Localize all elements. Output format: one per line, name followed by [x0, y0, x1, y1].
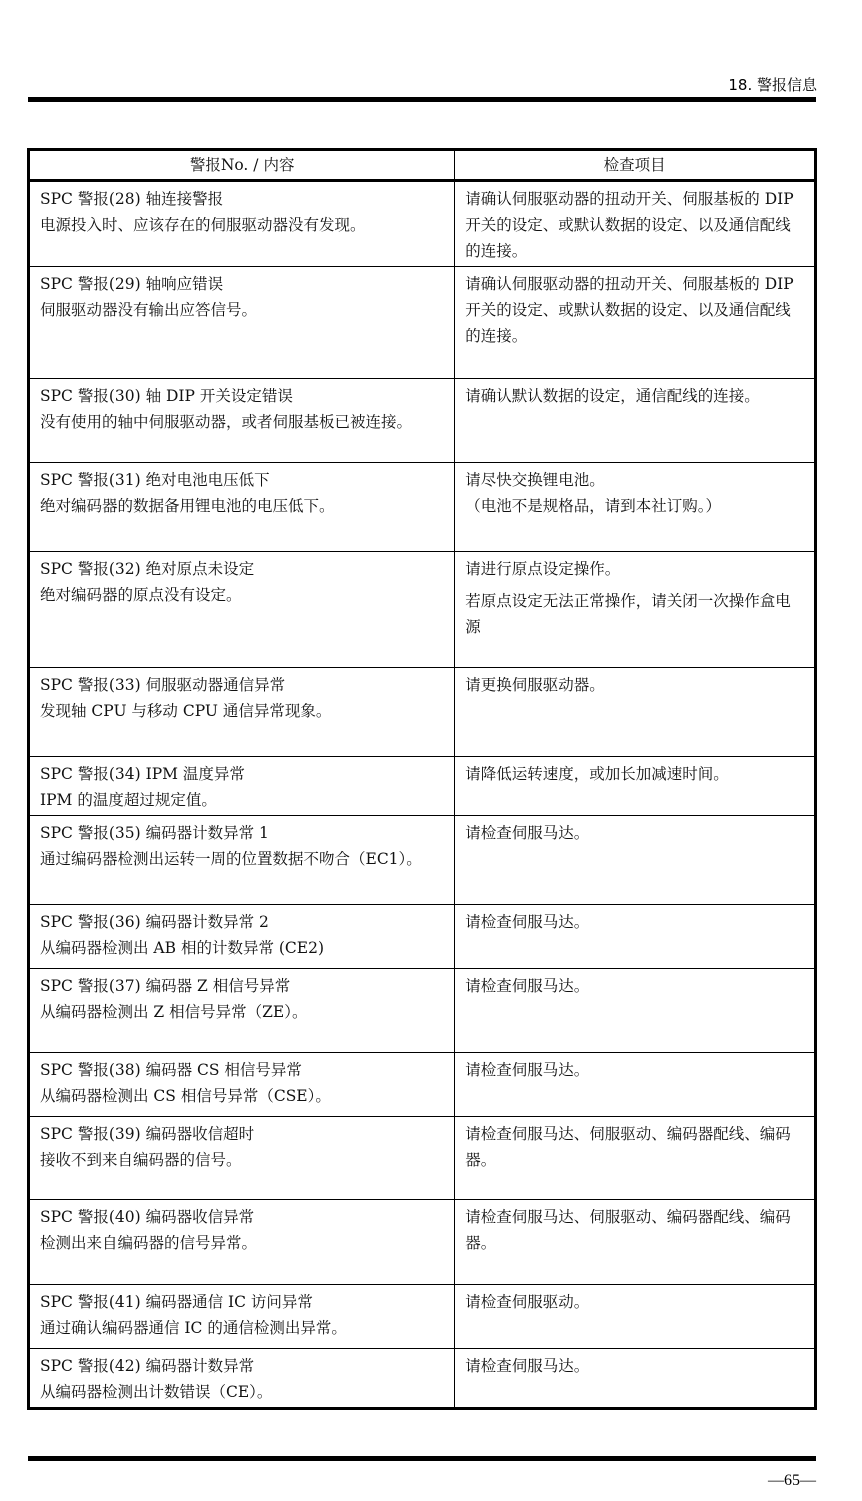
alarm-description: IPM 的温度超过规定值。 [40, 787, 446, 813]
alarm-description: 电源投入时、应该存在的伺服驱动器没有发现。 [40, 212, 446, 238]
check-cell: 请检查伺服马达。 [455, 905, 816, 969]
table-row: SPC 警报(36) 编码器计数异常 2从编码器检测出 AB 相的计数异常 (C… [29, 905, 816, 969]
check-item: 请降低运转速度，或加长加减速时间。 [465, 761, 806, 787]
alarm-description: 通过确认编码器通信 IC 的通信检测出异常。 [40, 1315, 446, 1341]
check-item: 请确认伺服驱动器的扭动开关、伺服基板的 DIP 开关的设定、或默认数据的设定、以… [465, 186, 806, 264]
check-item: 请确认默认数据的设定，通信配线的连接。 [465, 383, 806, 409]
section-title: 18. 警报信息 [728, 74, 817, 95]
alarm-cell: SPC 警报(40) 编码器收信异常检测出来自编码器的信号异常。 [29, 1200, 455, 1285]
alarm-title: SPC 警报(42) 编码器计数异常 [40, 1353, 446, 1379]
alarm-cell: SPC 警报(34) IPM 温度异常IPM 的温度超过规定值。 [29, 757, 455, 816]
check-item: 请检查伺服马达。 [465, 1353, 806, 1379]
alarm-cell: SPC 警报(41) 编码器通信 IC 访问异常通过确认编码器通信 IC 的通信… [29, 1285, 455, 1349]
table-row: SPC 警报(39) 编码器收信超时接收不到来自编码器的信号。请检查伺服马达、伺… [29, 1117, 816, 1200]
check-item: 请检查伺服马达、伺服驱动、编码器配线、编码器。 [465, 1121, 806, 1173]
check-cell: 请检查伺服马达。 [455, 1349, 816, 1409]
table-row: SPC 警报(33) 伺服驱动器通信异常发现轴 CPU 与移动 CPU 通信异常… [29, 668, 816, 757]
check-item: 请检查伺服马达、伺服驱动、编码器配线、编码器。 [465, 1204, 806, 1256]
alarm-cell: SPC 警报(38) 编码器 CS 相信号异常从编码器检测出 CS 相信号异常（… [29, 1053, 455, 1117]
check-cell: 请确认伺服驱动器的扭动开关、伺服基板的 DIP 开关的设定、或默认数据的设定、以… [455, 267, 816, 379]
table-row: SPC 警报(30) 轴 DIP 开关设定错误没有使用的轴中伺服驱动器，或者伺服… [29, 379, 816, 463]
check-cell: 请检查伺服驱动。 [455, 1285, 816, 1349]
check-cell: 请尽快交换锂电池。（电池不是规格品，请到本社订购。） [455, 463, 816, 552]
alarm-cell: SPC 警报(39) 编码器收信超时接收不到来自编码器的信号。 [29, 1117, 455, 1200]
alarm-title: SPC 警报(39) 编码器收信超时 [40, 1121, 446, 1147]
alarm-description: 从编码器检测出计数错误（CE）。 [40, 1379, 446, 1405]
table-row: SPC 警报(28) 轴连接警报电源投入时、应该存在的伺服驱动器没有发现。请确认… [29, 181, 816, 267]
alarm-description: 绝对编码器的数据备用锂电池的电压低下。 [40, 493, 446, 519]
check-cell: 请检查伺服马达、伺服驱动、编码器配线、编码器。 [455, 1117, 816, 1200]
table-row: SPC 警报(31) 绝对电池电压低下绝对编码器的数据备用锂电池的电压低下。请尽… [29, 463, 816, 552]
table-row: SPC 警报(32) 绝对原点未设定绝对编码器的原点没有设定。请进行原点设定操作… [29, 552, 816, 668]
alarm-description: 伺服驱动器没有输出应答信号。 [40, 297, 446, 323]
check-item: 请更换伺服驱动器。 [465, 672, 806, 698]
check-item: 请进行原点设定操作。 [465, 556, 806, 582]
alarm-description: 发现轴 CPU 与移动 CPU 通信异常现象。 [40, 698, 446, 724]
alarm-cell: SPC 警报(42) 编码器计数异常从编码器检测出计数错误（CE）。 [29, 1349, 455, 1409]
check-cell: 请进行原点设定操作。若原点设定无法正常操作，请关闭一次操作盒电源 [455, 552, 816, 668]
check-cell: 请确认默认数据的设定，通信配线的连接。 [455, 379, 816, 463]
check-item: 请尽快交换锂电池。 [465, 467, 806, 493]
check-cell: 请降低运转速度，或加长加减速时间。 [455, 757, 816, 816]
check-item: 请检查伺服驱动。 [465, 1289, 806, 1315]
alarm-cell: SPC 警报(31) 绝对电池电压低下绝对编码器的数据备用锂电池的电压低下。 [29, 463, 455, 552]
check-item: 请确认伺服驱动器的扭动开关、伺服基板的 DIP 开关的设定、或默认数据的设定、以… [465, 271, 806, 349]
alarm-title: SPC 警报(28) 轴连接警报 [40, 186, 446, 212]
check-cell: 请检查伺服马达。 [455, 969, 816, 1053]
table-row: SPC 警报(35) 编码器计数异常 1通过编码器检测出运转一周的位置数据不吻合… [29, 816, 816, 905]
alarm-cell: SPC 警报(28) 轴连接警报电源投入时、应该存在的伺服驱动器没有发现。 [29, 181, 455, 267]
alarm-title: SPC 警报(33) 伺服驱动器通信异常 [40, 672, 446, 698]
alarm-cell: SPC 警报(30) 轴 DIP 开关设定错误没有使用的轴中伺服驱动器，或者伺服… [29, 379, 455, 463]
alarm-cell: SPC 警报(33) 伺服驱动器通信异常发现轴 CPU 与移动 CPU 通信异常… [29, 668, 455, 757]
alarm-title: SPC 警报(29) 轴响应错误 [40, 271, 446, 297]
alarm-title: SPC 警报(31) 绝对电池电压低下 [40, 467, 446, 493]
alarm-cell: SPC 警报(36) 编码器计数异常 2从编码器检测出 AB 相的计数异常 (C… [29, 905, 455, 969]
alarm-table: 警报No. / 内容 检查项目 SPC 警报(28) 轴连接警报电源投入时、应该… [27, 148, 817, 1410]
check-cell: 请检查伺服马达。 [455, 816, 816, 905]
alarm-cell: SPC 警报(29) 轴响应错误伺服驱动器没有输出应答信号。 [29, 267, 455, 379]
check-item: （电池不是规格品，请到本社订购。） [465, 493, 806, 519]
check-item: 请检查伺服马达。 [465, 973, 806, 999]
alarm-description: 从编码器检测出 CS 相信号异常（CSE）。 [40, 1083, 446, 1109]
alarm-cell: SPC 警报(35) 编码器计数异常 1通过编码器检测出运转一周的位置数据不吻合… [29, 816, 455, 905]
header-rule [28, 97, 816, 102]
alarm-title: SPC 警报(37) 编码器 Z 相信号异常 [40, 973, 446, 999]
check-cell: 请确认伺服驱动器的扭动开关、伺服基板的 DIP 开关的设定、或默认数据的设定、以… [455, 181, 816, 267]
check-cell: 请检查伺服马达、伺服驱动、编码器配线、编码器。 [455, 1200, 816, 1285]
column-header-alarm: 警报No. / 内容 [29, 150, 455, 181]
alarm-description: 从编码器检测出 Z 相信号异常（ZE）。 [40, 999, 446, 1025]
alarm-description: 接收不到来自编码器的信号。 [40, 1147, 446, 1173]
check-item: 若原点设定无法正常操作，请关闭一次操作盒电源 [465, 588, 806, 640]
check-cell: 请检查伺服马达。 [455, 1053, 816, 1117]
alarm-title: SPC 警报(38) 编码器 CS 相信号异常 [40, 1057, 446, 1083]
table-row: SPC 警报(40) 编码器收信异常检测出来自编码器的信号异常。请检查伺服马达、… [29, 1200, 816, 1285]
column-header-check: 检查项目 [455, 150, 816, 181]
alarm-description: 没有使用的轴中伺服驱动器，或者伺服基板已被连接。 [40, 409, 446, 435]
alarm-title: SPC 警报(34) IPM 温度异常 [40, 761, 446, 787]
alarm-cell: SPC 警报(32) 绝对原点未设定绝对编码器的原点没有设定。 [29, 552, 455, 668]
alarm-cell: SPC 警报(37) 编码器 Z 相信号异常从编码器检测出 Z 相信号异常（ZE… [29, 969, 455, 1053]
table-row: SPC 警报(42) 编码器计数异常从编码器检测出计数错误（CE）。请检查伺服马… [29, 1349, 816, 1409]
table-row: SPC 警报(41) 编码器通信 IC 访问异常通过确认编码器通信 IC 的通信… [29, 1285, 816, 1349]
alarm-title: SPC 警报(32) 绝对原点未设定 [40, 556, 446, 582]
table-row: SPC 警报(37) 编码器 Z 相信号异常从编码器检测出 Z 相信号异常（ZE… [29, 969, 816, 1053]
alarm-title: SPC 警报(30) 轴 DIP 开关设定错误 [40, 383, 446, 409]
table-row: SPC 警报(34) IPM 温度异常IPM 的温度超过规定值。请降低运转速度，… [29, 757, 816, 816]
alarm-description: 从编码器检测出 AB 相的计数异常 (CE2) [40, 935, 446, 961]
alarm-title: SPC 警报(40) 编码器收信异常 [40, 1204, 446, 1230]
table-row: SPC 警报(29) 轴响应错误伺服驱动器没有输出应答信号。请确认伺服驱动器的扭… [29, 267, 816, 379]
alarm-description: 绝对编码器的原点没有设定。 [40, 582, 446, 608]
alarm-description: 检测出来自编码器的信号异常。 [40, 1230, 446, 1256]
alarm-description: 通过编码器检测出运转一周的位置数据不吻合（EC1）。 [40, 846, 446, 872]
check-item: 请检查伺服马达。 [465, 820, 806, 846]
alarm-title: SPC 警报(35) 编码器计数异常 1 [40, 820, 446, 846]
alarm-title: SPC 警报(41) 编码器通信 IC 访问异常 [40, 1289, 446, 1315]
table-row: SPC 警报(38) 编码器 CS 相信号异常从编码器检测出 CS 相信号异常（… [29, 1053, 816, 1117]
footer-rule [28, 1456, 816, 1461]
check-item: 请检查伺服马达。 [465, 909, 806, 935]
table-body: SPC 警报(28) 轴连接警报电源投入时、应该存在的伺服驱动器没有发现。请确认… [29, 181, 816, 1409]
check-cell: 请更换伺服驱动器。 [455, 668, 816, 757]
check-item: 请检查伺服马达。 [465, 1057, 806, 1083]
page-number: —65— [768, 1472, 816, 1490]
table-header-row: 警报No. / 内容 检查项目 [29, 150, 816, 181]
alarm-title: SPC 警报(36) 编码器计数异常 2 [40, 909, 446, 935]
